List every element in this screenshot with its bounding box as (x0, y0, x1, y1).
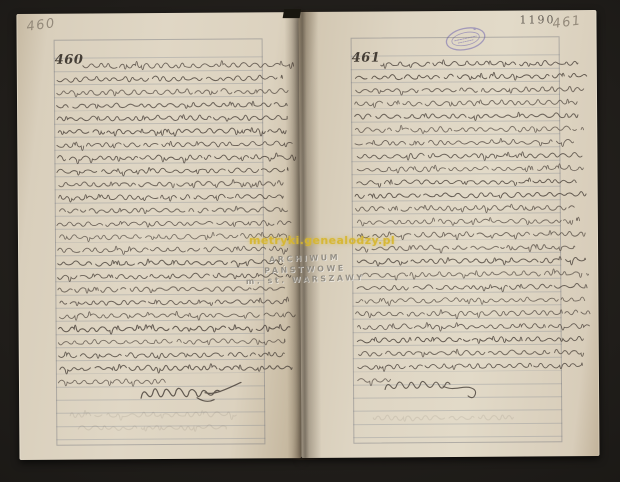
state-archive-watermark: ARCHIWUM PAŃSTWOWE m. st. WARSZAWY (239, 252, 370, 288)
right-pencil-folio-number: 461 (552, 13, 583, 32)
right-priest-signature (383, 375, 487, 408)
right-entry-number: 461 (352, 51, 381, 66)
genealogy-portal-watermark: metryki.genealodzy.pl (249, 234, 395, 247)
printed-folio-number: 1190 (519, 13, 555, 26)
left-entry-number: 460 (55, 53, 84, 68)
gutter-top-gap (283, 9, 302, 18)
archival-book-scan: 460 460 1190 461 (0, 0, 620, 482)
left-pencil-folio-number: 460 (26, 16, 57, 35)
left-priest-signature (139, 380, 249, 411)
